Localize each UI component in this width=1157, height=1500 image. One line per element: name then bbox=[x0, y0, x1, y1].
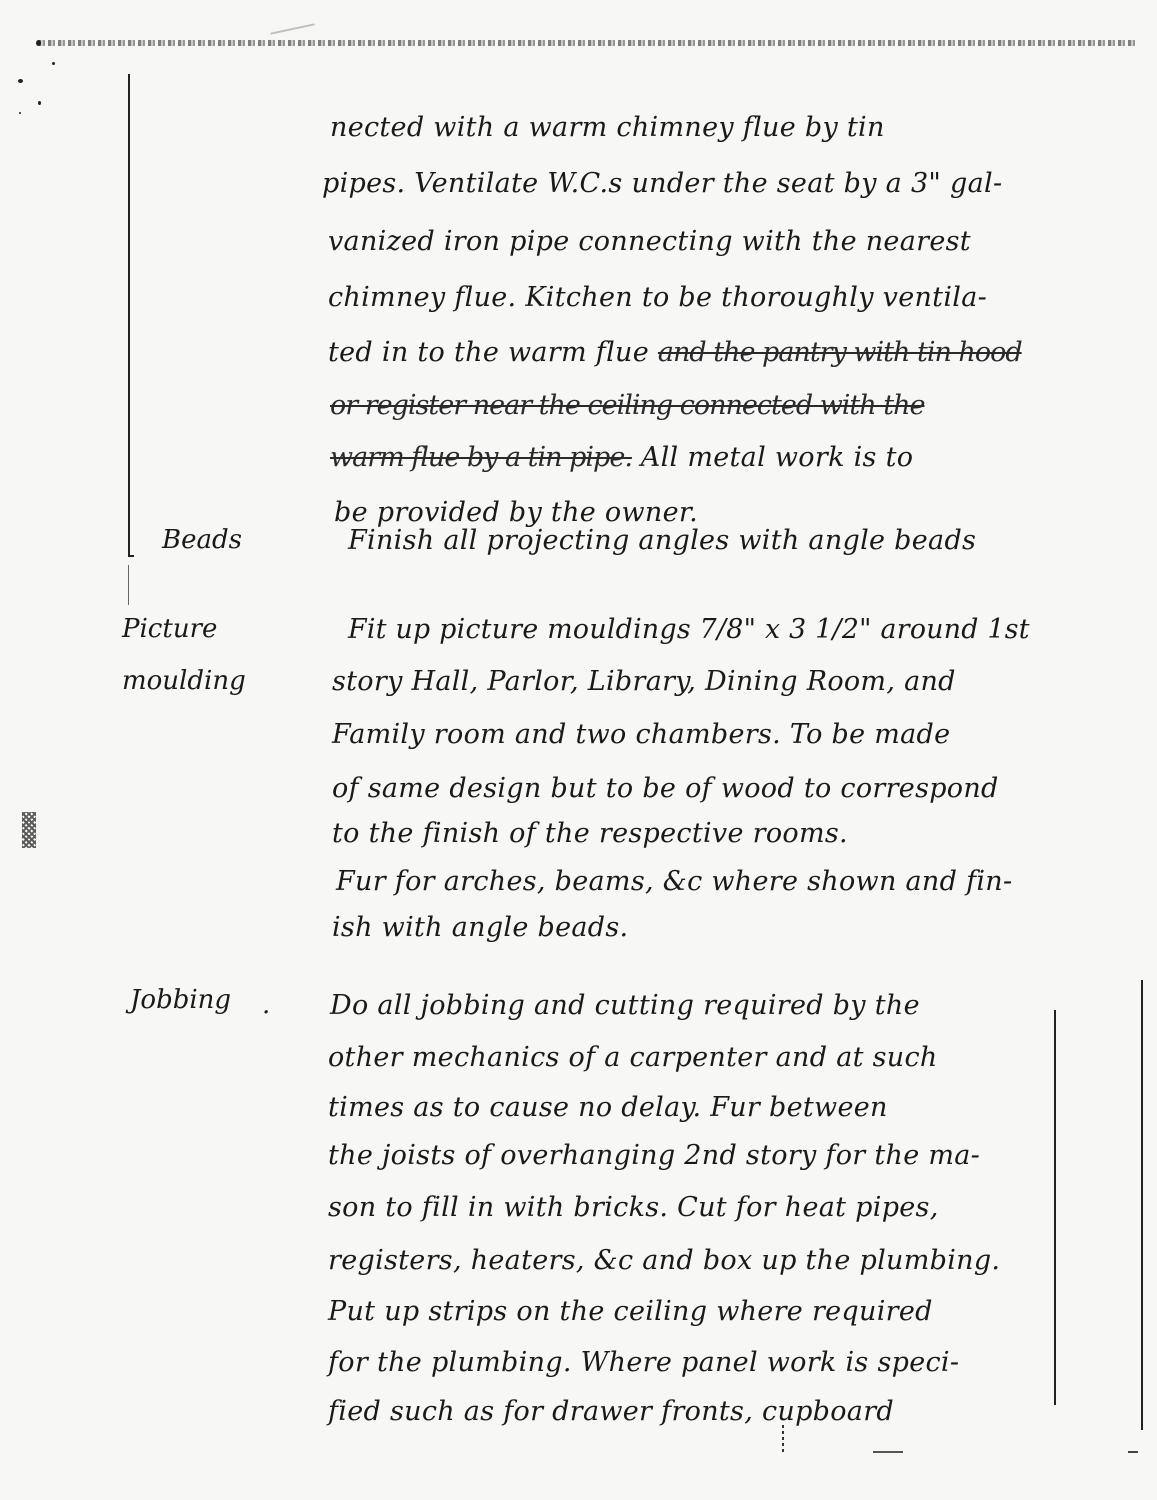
text-line: the joists of overhanging 2nd story for … bbox=[328, 1140, 980, 1171]
text-line: pipes. Ventilate W.C.s under the seat by… bbox=[322, 168, 1002, 199]
right-margin-bracket bbox=[1054, 1010, 1056, 1405]
text-line: ted in to the warm flue and the pantry w… bbox=[328, 337, 1022, 368]
text-line: vanized iron pipe connecting with the ne… bbox=[328, 226, 971, 257]
text-line: for the plumbing. Where panel work is sp… bbox=[328, 1347, 959, 1378]
text-line: chimney flue. Kitchen to be thoroughly v… bbox=[328, 282, 987, 313]
scan-artifact-bottom-dots bbox=[782, 1425, 784, 1455]
text-fragment: All metal work is to bbox=[641, 442, 914, 473]
section-heading: Jobbing bbox=[130, 985, 231, 1015]
text-line: times as to cause no delay. Fur between bbox=[328, 1092, 888, 1123]
text-line: fied such as for drawer fronts, cupboard bbox=[328, 1396, 894, 1427]
text-line: warm flue by a tin pipe. All metal work … bbox=[330, 442, 913, 473]
struck-out-text: warm flue by a tin pipe. bbox=[330, 442, 632, 473]
scan-artifact-bottom-dash bbox=[873, 1451, 903, 1453]
left-margin-rule bbox=[128, 74, 130, 557]
left-margin-rule-faint bbox=[128, 565, 129, 605]
text-line: be provided by the owner. bbox=[334, 497, 698, 528]
scan-speck bbox=[38, 101, 41, 105]
section-heading: moulding bbox=[122, 666, 246, 696]
scan-artifact-stroke bbox=[270, 23, 314, 34]
left-margin-rule-foot bbox=[128, 555, 134, 557]
text-fragment: ted in to the warm flue bbox=[328, 337, 649, 368]
text-line: Put up strips on the ceiling where requi… bbox=[328, 1296, 933, 1327]
scan-speck bbox=[18, 79, 23, 83]
scan-speck bbox=[36, 40, 41, 46]
page-edge-line bbox=[1141, 980, 1143, 1430]
text-line: story Hall, Parlor, Library, Dining Room… bbox=[332, 666, 956, 697]
text-line: Finish all projecting angles with angle … bbox=[348, 525, 976, 556]
section-heading: Picture bbox=[122, 614, 217, 644]
scan-artifact-bottom-dash bbox=[1128, 1451, 1138, 1453]
scan-artifact-top-edge bbox=[38, 40, 1138, 46]
scan-speck bbox=[52, 62, 55, 65]
text-line: Fit up picture mouldings 7/8" x 3 1/2" a… bbox=[348, 614, 1030, 645]
text-line: to the finish of the respective rooms. bbox=[332, 818, 848, 849]
text-line: other mechanics of a carpenter and at su… bbox=[328, 1042, 938, 1073]
scan-artifact-margin-mark bbox=[22, 812, 36, 848]
text-line: ish with angle beads. bbox=[332, 912, 628, 943]
section-heading: Beads bbox=[162, 525, 242, 555]
text-line: son to fill in with bricks. Cut for heat… bbox=[328, 1192, 939, 1223]
section-heading-mark: . bbox=[262, 990, 270, 1020]
struck-out-text: and the pantry with tin hood bbox=[658, 337, 1022, 368]
text-line: nected with a warm chimney flue by tin bbox=[330, 112, 885, 143]
text-line: Fur for arches, beams, &c where shown an… bbox=[336, 866, 1012, 897]
text-line: or register near the ceiling connected w… bbox=[330, 390, 924, 421]
text-line: registers, heaters, &c and box up the pl… bbox=[328, 1245, 1000, 1276]
text-line: Do all jobbing and cutting required by t… bbox=[330, 990, 920, 1021]
scan-speck bbox=[19, 112, 21, 114]
text-line: of same design but to be of wood to corr… bbox=[332, 773, 999, 804]
struck-out-text: or register near the ceiling connected w… bbox=[330, 390, 924, 421]
text-line: Family room and two chambers. To be made bbox=[332, 719, 950, 750]
